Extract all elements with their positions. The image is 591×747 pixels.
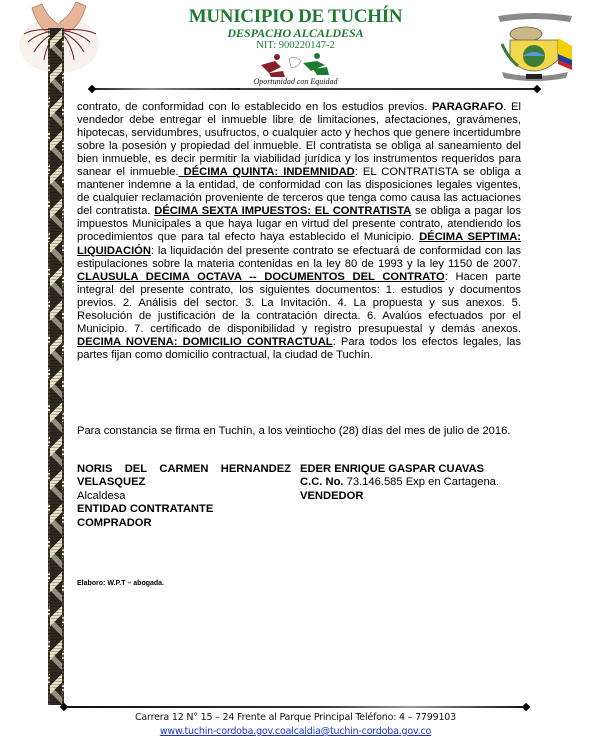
header-divider (92, 88, 240, 90)
clause-15-heading: DÉCIMA QUINTA: INDEMNIDAD (179, 166, 355, 178)
document-page: MUNICIPIO DE TUCHÍN DESPACHO ALCALDESA N… (0, 0, 591, 747)
seller-party: VENDEDOR (300, 490, 540, 503)
seller-name: EDER ENRIQUE GASPAR CUAVAS (300, 463, 540, 476)
buyer-entity: ENTIDAD CONTRATANTE (77, 503, 291, 516)
signature-block-seller: EDER ENRIQUE GASPAR CUAVAS C.C. No. 73.1… (300, 463, 540, 503)
clause-18-heading: CLAUSULA DECIMA OCTAVA -- DOCUMENTOS DEL… (77, 271, 445, 283)
contract-clauses-paragraph: contrato, de conformidad con lo establec… (77, 101, 521, 362)
slogan-figures-logo-icon (255, 53, 335, 77)
coat-of-arms-icon (492, 8, 577, 86)
signature-block-buyer: NORIS DEL CARMEN HERNANDEZ VELASQUEZ Alc… (77, 463, 291, 530)
header-divider-right (240, 88, 537, 90)
divider-end-dot (522, 703, 530, 711)
buyer-name-line1: NORIS DEL CARMEN HERNANDEZ (77, 463, 291, 476)
paragrafo-heading: PARAGRAFO (432, 101, 503, 113)
buyer-role: Alcaldesa (77, 490, 291, 503)
seller-id: C.C. No. 73.146.585 Exp en Cartagena. (300, 476, 540, 489)
signing-statement: Para constancia se firma en Tuchín, a lo… (77, 425, 510, 437)
divider-end-dot (88, 85, 96, 93)
contract-body: contrato, de conformidad con lo establec… (77, 101, 521, 362)
prepared-by: Elaboro: W.P.T – abogada. (77, 580, 164, 587)
divider-end-dot (60, 703, 68, 711)
woven-sombrero-strip (48, 28, 64, 705)
footer-address: Carrera 12 N° 15 – 24 Frente al Parque P… (0, 712, 591, 723)
clause-19-heading: DECIMA NOVENA: DOMICILIO CONTRACTUAL (77, 336, 333, 348)
buyer-name-line2: VELASQUEZ (77, 476, 291, 489)
footer-website-link[interactable]: www.tuchin-cordoba.gov.coalcaldia@tuchin… (0, 726, 591, 737)
divider-end-dot (533, 85, 541, 93)
buyer-party: COMPRADOR (77, 517, 291, 530)
clause-16-heading: DÉCIMA SEXTA IMPUESTOS: EL CONTRATISTA (154, 205, 411, 217)
footer-divider (64, 706, 526, 708)
